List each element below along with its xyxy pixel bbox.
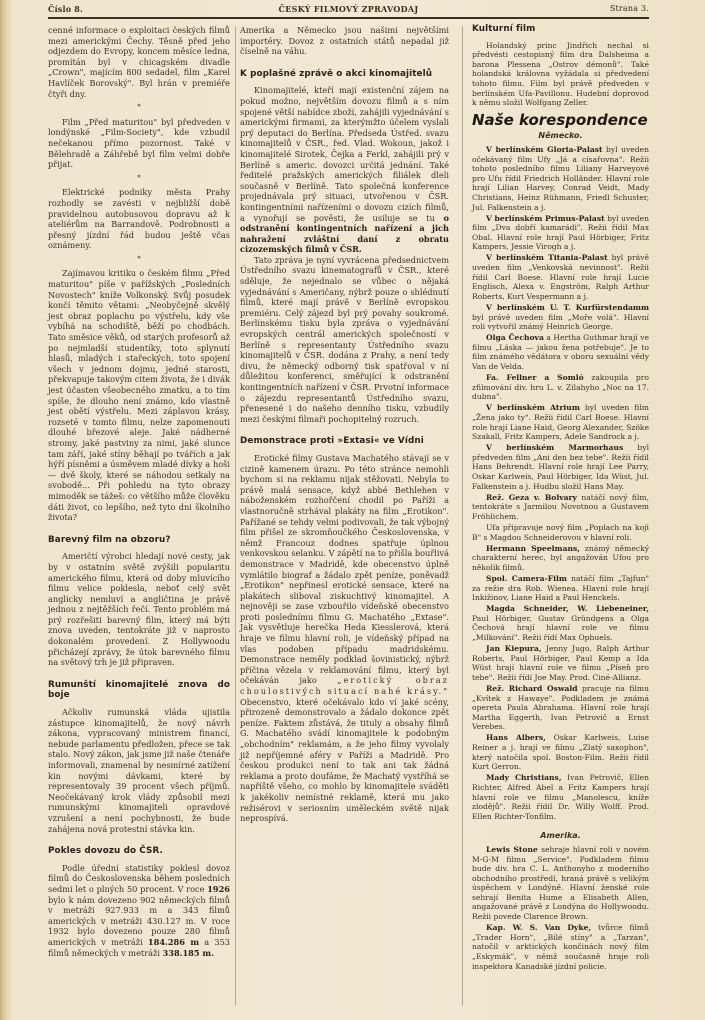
news-item: V berlínském Gloria-Palast byl uveden oč…: [472, 145, 649, 212]
news-item: Fa. Fellner a Somló zakoupila pro zfilmo…: [472, 373, 649, 402]
news-item: Kap. W. S. Van Dyke, tvůrce filmů „Trade…: [472, 923, 649, 971]
left-column: cenné informace o exploitaci českých fil…: [48, 25, 230, 958]
separator-asterisk: *: [48, 173, 230, 184]
column-divider: [462, 26, 463, 1006]
news-item: Magda Schneider, W. Liebeneiner, Paul Hö…: [472, 604, 649, 642]
page-header: Číslo 8. ČESKÝ FILMOVÝ ZPRAVODAJ Strana …: [48, 4, 649, 18]
column-divider: [235, 26, 236, 1006]
news-item: Rež. Geza v. Bolvary natáčí nový film, t…: [472, 493, 649, 522]
right-column: Kulturní film Holandský princ Jindřich n…: [472, 25, 649, 973]
article-paragraph: Film „Před maturitou" byl předveden v lo…: [48, 117, 230, 170]
article-paragraph: cenné informace o exploitaci českých fil…: [48, 25, 230, 99]
headline-alarm-report: K poplašné zprávě o akci kinomajitelů: [240, 69, 449, 80]
article-paragraph: Ačkoliv rumunská vláda ujistila zástupce…: [48, 707, 230, 834]
news-item: V berlínském Titania-Palast byl právě uv…: [472, 253, 649, 301]
news-item: Rež. Richard Oswald pracuje na filmu „Kv…: [472, 684, 649, 732]
news-item: Spol. Camera-Film natáčí film „Tajfun" z…: [472, 574, 649, 603]
article-paragraph: Tato zpráva je nyní vyvrácena předsednic…: [240, 255, 449, 425]
news-item: V berlínském Marmorhaus byl předveden fi…: [472, 443, 649, 491]
headline-culture-film: Kulturní film: [472, 25, 649, 35]
article-paragraph: Podle úřední statistiky poklesl dovoz fi…: [48, 863, 230, 958]
article-paragraph: Elektrické podniky města Prahy rozhodly …: [48, 187, 230, 251]
news-item: Jan Kiepura, Jenny Jugo, Ralph Arthur Ro…: [472, 644, 649, 682]
middle-column: Amerika a Německo jsou našimi největšími…: [240, 25, 449, 824]
article-paragraph: Amerika a Německo jsou našimi největšími…: [240, 25, 449, 57]
news-item: Hermann Speelmans, známý německý charakt…: [472, 544, 649, 573]
news-item: V berlínském Atrium byl uveden film „Žen…: [472, 403, 649, 441]
news-item: Olga Čechova a Hertha Guthmar hrají ve f…: [472, 333, 649, 371]
header-rule: [48, 17, 649, 19]
separator-asterisk: *: [48, 254, 230, 265]
article-paragraph: Erotické filmy Gustava Machatého stávají…: [240, 453, 449, 824]
news-item: V berlínském U. T. Kurfürstendamm byl pr…: [472, 303, 649, 332]
news-item: Hans Albers, Oskar Karlweis, Luise Reine…: [472, 733, 649, 771]
headline-extase-demonstration: Demonstrace proti »Extasi« ve Vídni: [240, 436, 449, 447]
america-news-list: Lewis Stone sehraje hlavní roli v novém …: [472, 845, 649, 971]
news-item: V berlínském Primus-Palast byl uveden fi…: [472, 214, 649, 252]
separator-asterisk: *: [48, 102, 230, 113]
news-item: Mady Christians, Ivan Petrovič, Ellen Ri…: [472, 773, 649, 821]
germany-news-list: V berlínském Gloria-Palast byl uveden oč…: [472, 145, 649, 821]
article-paragraph: Zajímavou kritiku o českém filmu „Před m…: [48, 268, 230, 522]
headline-color-film: Barevný film na obzoru?: [48, 535, 230, 546]
article-paragraph: Američtí výrobci hledají nové cesty, jak…: [48, 551, 230, 668]
subsection-germany: Německo.: [472, 131, 649, 141]
page-number: Strana 3.: [610, 4, 649, 13]
section-title-correspondence: Naše korespondence: [472, 116, 649, 126]
article-paragraph: Kinomajitelé, kteří mají existenční záje…: [240, 85, 449, 255]
news-item: Ufa připravuje nový film „Poplach na koj…: [472, 523, 649, 542]
headline-import-decline: Pokles dovozu do ČSR.: [48, 846, 230, 857]
publication-title: ČESKÝ FILMOVÝ ZPRAVODAJ: [48, 4, 649, 14]
news-item: Lewis Stone sehraje hlavní roli v novém …: [472, 845, 649, 922]
article-paragraph: Holandský princ Jindřich nechal si předv…: [472, 41, 649, 108]
headline-romania: Rumunští kinomajitelé znova do boje: [48, 680, 230, 701]
subsection-america: Amerika.: [472, 831, 649, 841]
